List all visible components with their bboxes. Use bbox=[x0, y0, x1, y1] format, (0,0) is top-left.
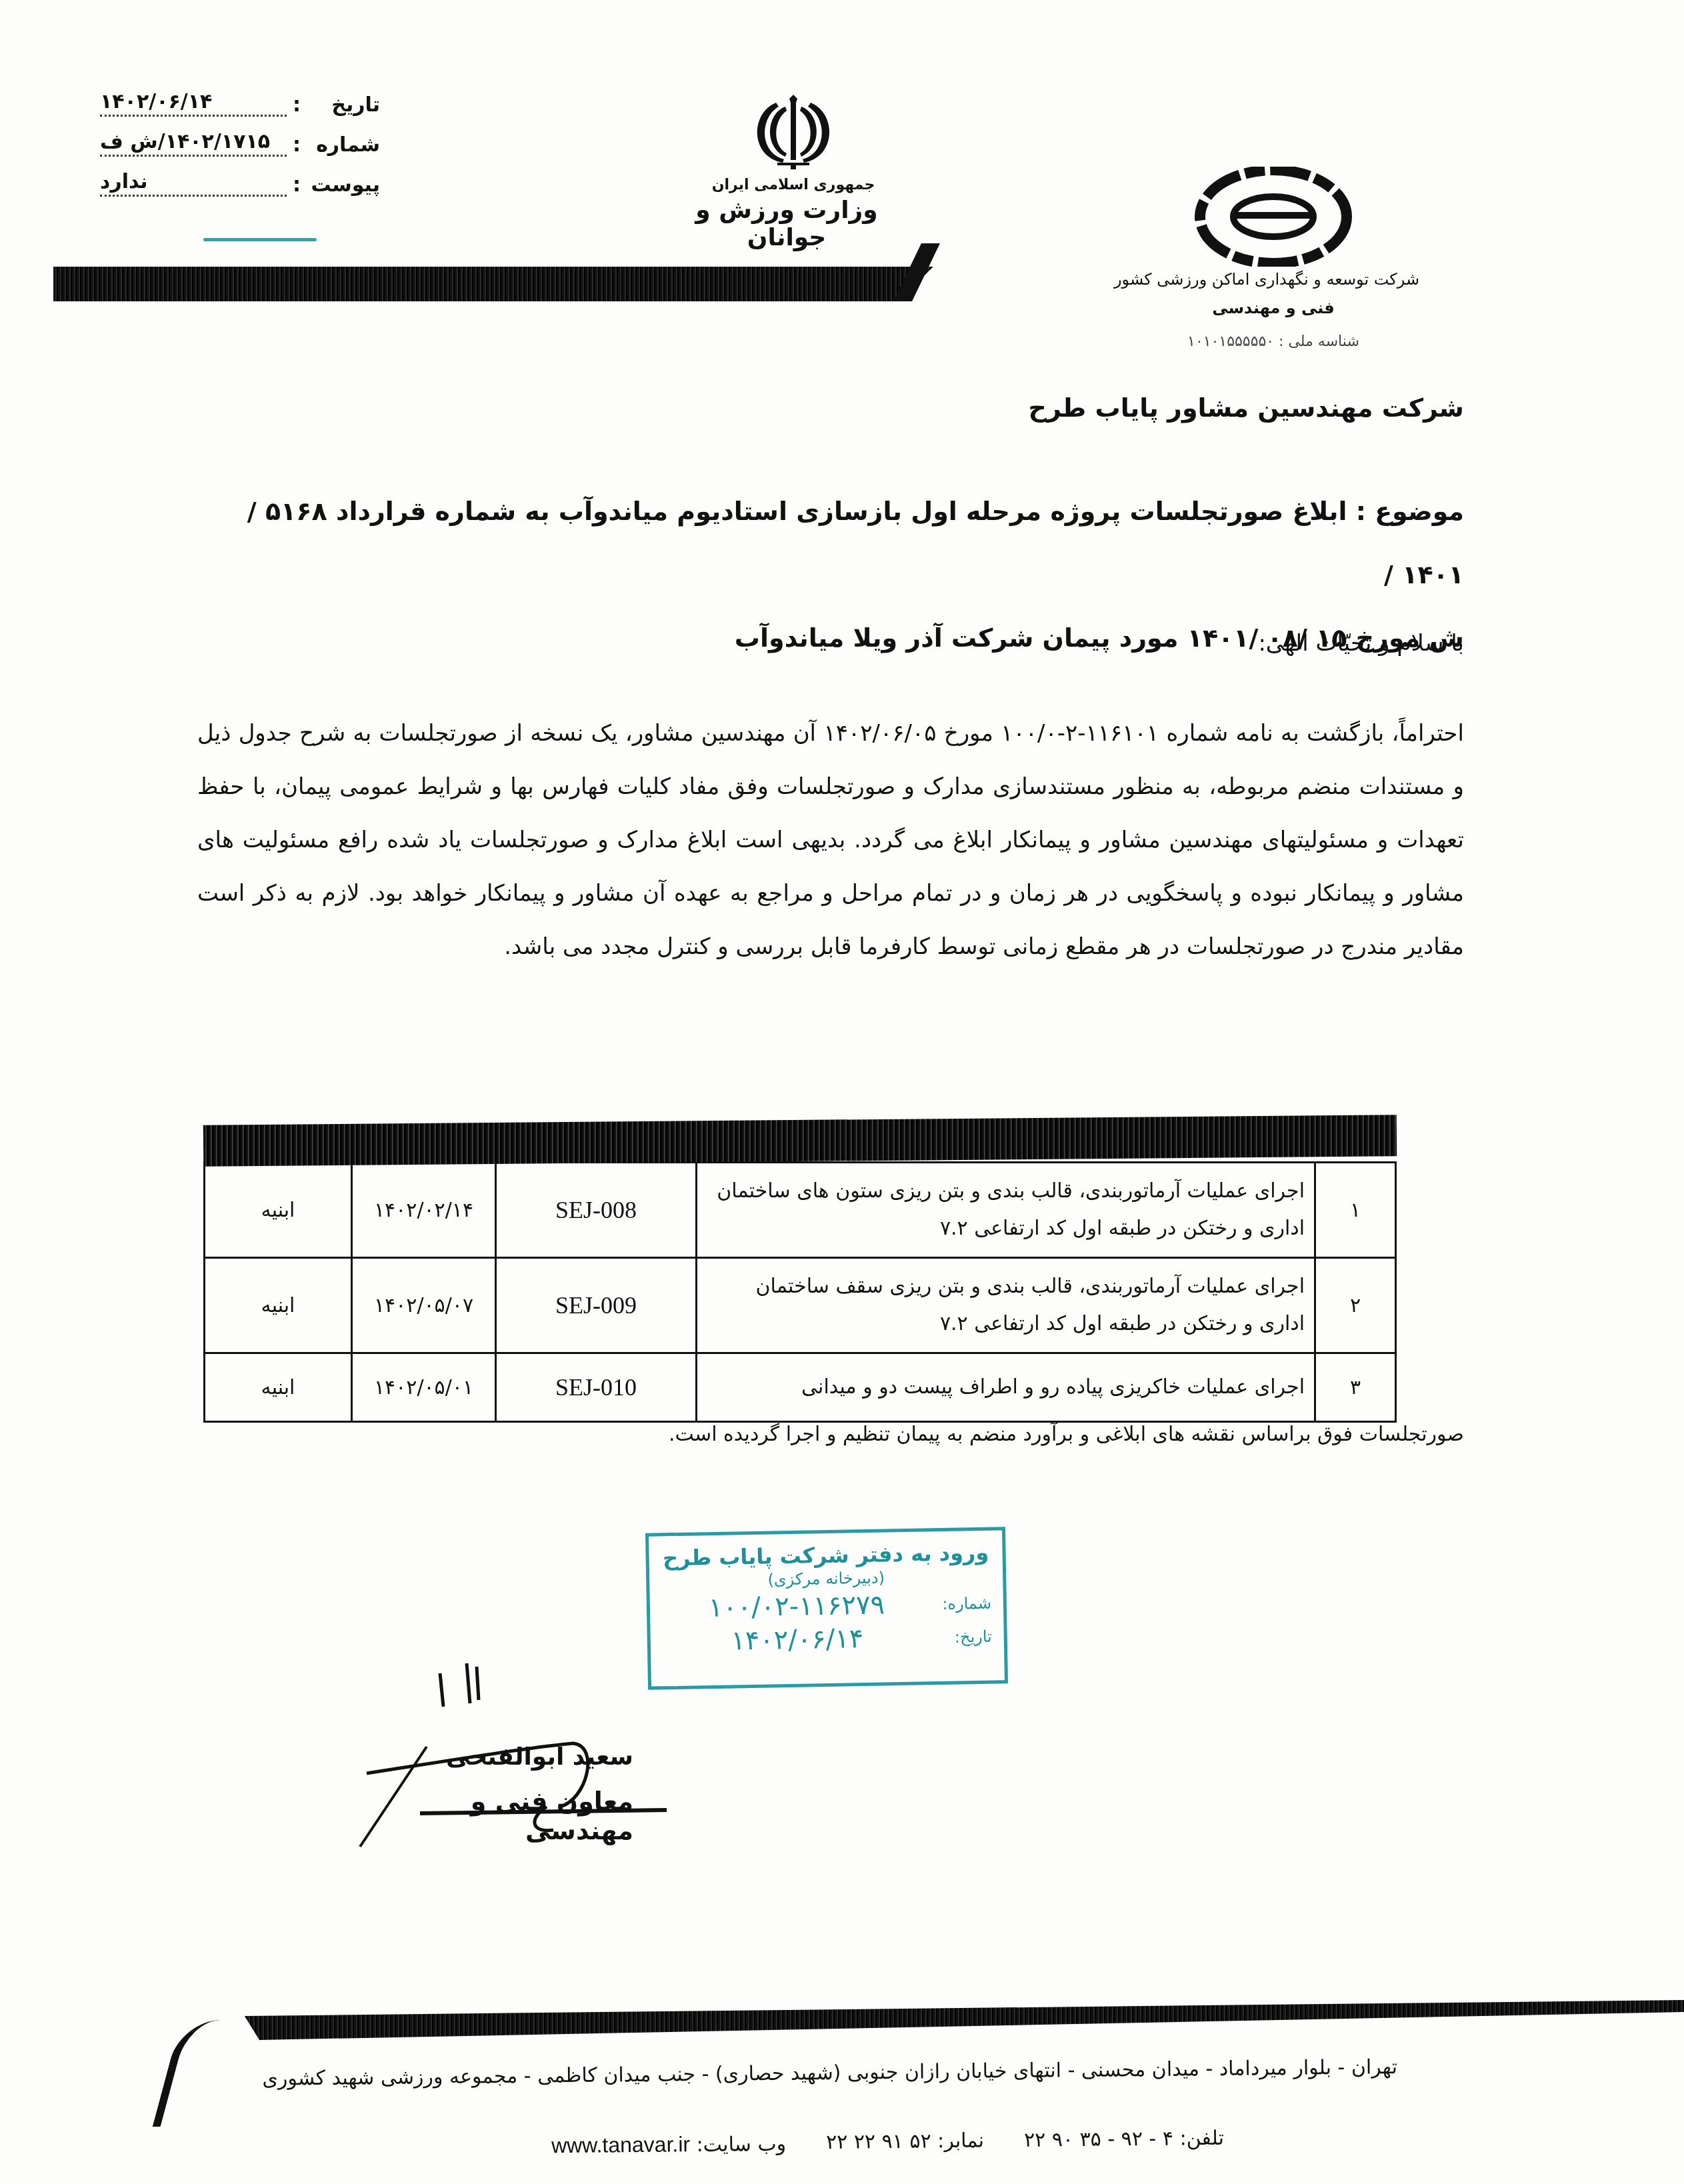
footer-website-label: وب سایت: bbox=[696, 2133, 786, 2157]
greeting: با سلام و تحیّات الهی: bbox=[1258, 630, 1464, 657]
row-number: ۱ bbox=[1315, 1163, 1396, 1258]
body-paragraph: احتراماً، بازگشت به نامه شماره ۱۱۶۱۰۱-۲-… bbox=[197, 707, 1464, 973]
company-department: فنی و مهندسی bbox=[1187, 299, 1360, 317]
teal-underline-mark bbox=[203, 238, 317, 241]
table-note: صورتجلسات فوق براساس نقشه های ابلاغی و ب… bbox=[264, 1420, 1464, 1449]
attachment-label: پیوست bbox=[307, 173, 380, 197]
footer-fax: نمابر: ۵۲ ۹۱ ۲۲ ۲۲ bbox=[826, 2129, 984, 2155]
minutes-table: ۱ اجرای عملیات آرماتوربندی، قالب بندی و … bbox=[203, 1120, 1397, 1423]
stamp-number-value: ۱۰۰/۰۲-۱۱۶۲۷۹ bbox=[662, 1589, 932, 1624]
table-header-band bbox=[203, 1115, 1397, 1167]
meta-date-row: تاریخ : ۱۴۰۲/۰۶/۱۴ bbox=[100, 90, 380, 117]
minutes-table-body: ۱ اجرای عملیات آرماتوربندی، قالب بندی و … bbox=[203, 1161, 1397, 1423]
date-value: ۱۴۰۲/۰۶/۱۴ bbox=[100, 90, 287, 117]
table-row: ۳ اجرای عملیات خاکریزی پیاده رو و اطراف … bbox=[205, 1353, 1396, 1422]
row-type: ابنیه bbox=[205, 1163, 352, 1258]
row-type: ابنیه bbox=[205, 1353, 352, 1422]
stamp-number-label: شماره: bbox=[931, 1594, 991, 1614]
row-code: SEJ-009 bbox=[496, 1258, 697, 1353]
subject-line-1: موضوع : ابلاغ صورتجلسات پروژه مرحله اول … bbox=[197, 480, 1464, 607]
attachment-value: ندارد bbox=[100, 170, 287, 197]
date-label: تاریخ bbox=[307, 93, 380, 117]
row-description: اجرای عملیات آرماتوربندی، قالب بندی و بت… bbox=[697, 1258, 1315, 1353]
stamp-title: ورود به دفتر شرکت پایاب طرح bbox=[649, 1539, 1003, 1571]
row-type: ابنیه bbox=[205, 1258, 352, 1353]
government-name: جمهوری اسلامی ایران bbox=[680, 177, 907, 193]
letter-meta: تاریخ : ۱۴۰۲/۰۶/۱۴ شماره : ۱۴۰۲/۱۷۱۵/ش ف… bbox=[100, 90, 380, 210]
row-number: ۳ bbox=[1315, 1353, 1396, 1422]
row-date: ۱۴۰۲/۰۵/۰۷ bbox=[352, 1258, 496, 1353]
ministry-name: وزارت ورزش و جوانان bbox=[653, 197, 920, 251]
addressee: شرکت مهندسین مشاور پایاب طرح bbox=[1029, 393, 1464, 423]
company-national-id: شناسه ملی : ۱۰۱۰۱۵۵۵۵۵۰ bbox=[1153, 333, 1393, 350]
footer-decorative-band bbox=[200, 2000, 1684, 2040]
iran-emblem-icon bbox=[747, 93, 840, 173]
company-logo-icon bbox=[1193, 167, 1353, 267]
table-row: ۱ اجرای عملیات آرماتوربندی، قالب بندی و … bbox=[205, 1163, 1396, 1258]
footer-address: تهران - بلوار میرداماد - میدان محسنی - ا… bbox=[131, 2050, 1397, 2098]
signatory-name: سعید ابوالفتحی bbox=[373, 1743, 633, 1771]
stamp-number-row: شماره: ۱۰۰/۰۲-۱۱۶۲۷۹ bbox=[650, 1587, 1004, 1624]
row-date: ۱۴۰۲/۰۵/۰۱ bbox=[352, 1353, 496, 1422]
colon: : bbox=[287, 173, 307, 197]
row-description: اجرای عملیات آرماتوربندی، قالب بندی و بت… bbox=[697, 1163, 1315, 1258]
header-decorative-band bbox=[53, 267, 933, 301]
meta-attachment-row: پیوست : ندارد bbox=[100, 170, 380, 197]
colon: : bbox=[287, 93, 307, 117]
number-value: ۱۴۰۲/۱۷۱۵/ش ف bbox=[100, 130, 287, 157]
row-code: SEJ-008 bbox=[496, 1163, 697, 1258]
company-name: شرکت توسعه و نگهداری اماکن ورزشی کشور bbox=[1087, 270, 1447, 289]
meta-number-row: شماره : ۱۴۰۲/۱۷۱۵/ش ف bbox=[100, 130, 380, 157]
footer-website-link[interactable]: www.tanavar.ir bbox=[551, 2132, 690, 2157]
colon: : bbox=[287, 133, 307, 157]
footer-contact: تلفن: ۴ - ۹۲ - ۳۵ ۹۰ ۲۲ نمابر: ۵۲ ۹۱ ۲۲ … bbox=[551, 2127, 1224, 2159]
stamp-date-label: تاریخ: bbox=[932, 1627, 992, 1647]
signatory-title: معاون فنی و مهندسی bbox=[373, 1787, 633, 1845]
row-code: SEJ-010 bbox=[496, 1353, 697, 1422]
row-number: ۲ bbox=[1315, 1258, 1396, 1353]
row-description: اجرای عملیات خاکریزی پیاده رو و اطراف پی… bbox=[697, 1353, 1315, 1422]
table-row: ۲ اجرای عملیات آرماتوربندی، قالب بندی و … bbox=[205, 1258, 1396, 1353]
row-date: ۱۴۰۲/۰۲/۱۴ bbox=[352, 1163, 496, 1258]
footer-website-group: وب سایت: www.tanavar.ir bbox=[551, 2131, 786, 2159]
number-label: شماره bbox=[307, 133, 380, 157]
footer-phone: تلفن: ۴ - ۹۲ - ۳۵ ۹۰ ۲۲ bbox=[1024, 2127, 1224, 2153]
